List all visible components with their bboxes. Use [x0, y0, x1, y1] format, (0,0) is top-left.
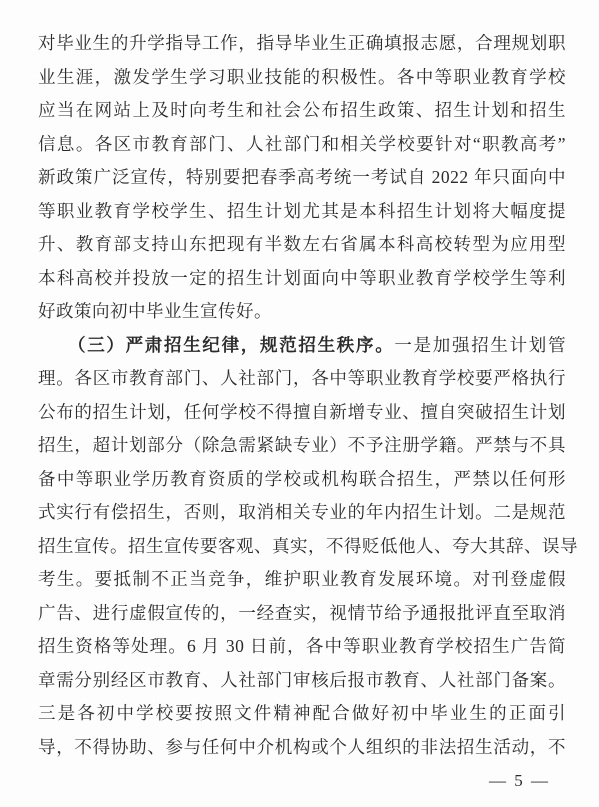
text-line: 备中等职业学历教育资质的学校或机构联合招生，严禁以任何形 — [38, 463, 566, 497]
line-text: 招生资格等处理。6 月 30 日前，各中等职业教育学校招生广告简 — [38, 636, 566, 656]
line-text: 三是各初中学校要按照文件精神配合做好初中毕业生的正面引 — [38, 703, 566, 723]
line-text: 信息。各区市教育部门、人社部门和相关学校要针对“职教高考” — [38, 134, 566, 154]
line-text: 考生。要抵制不正当竞争，维护职业教育发展环境。对刊登虚假 — [38, 569, 566, 589]
text-line-section-heading: （三）严肃招生纪律，规范招生秩序。一是加强招生计划管 — [38, 329, 566, 363]
text-line: 章需分别经区市教育、人社部门审核后报市教育、人社部门备案。 — [38, 664, 566, 698]
line-text: 升、教育部支持山东把现有半数左右省属本科高校转型为应用型 — [38, 234, 566, 254]
text-line: 广告、进行虚假宣传的，一经查实，视情节给予通报批评直至取消 — [38, 597, 566, 631]
document-body: 对毕业生的升学指导工作，指导毕业生正确填报志愿，合理规划职 业生涯，激发学生学习… — [38, 27, 566, 764]
text-line-paragraph-end: 好政策向初中毕业生宣传好。 — [38, 295, 566, 329]
line-text: 公布的招生计划，任何学校不得擅自新增专业、擅自突破招生计划 — [38, 402, 566, 422]
line-text: 式实行有偿招生，否则，取消相关专业的年内招生计划。二是规范 — [38, 502, 566, 522]
line-text: 导，不得协助、参与任何中介机构或个人组织的非法招生活动，不 — [38, 737, 566, 757]
line-text: 章需分别经区市教育、人社部门审核后报市教育、人社部门备案。 — [38, 670, 566, 690]
text-line: 理。各区市教育部门、人社部门，各中等职业教育学校要严格执行 — [38, 362, 566, 396]
line-text: 好政策向初中毕业生宣传好。 — [38, 301, 272, 321]
line-text: 业生涯，激发学生学习职业技能的积极性。各中等职业教育学校 — [38, 67, 566, 87]
line-text: 招生，超计划部分（除急需紧缺专业）不予注册学籍。严禁与不具 — [38, 435, 566, 455]
line-text: 一是加强招生计划管 — [394, 335, 566, 355]
line-text: 广告、进行虚假宣传的，一经查实，视情节给予通报批评直至取消 — [38, 603, 566, 623]
text-line: 等职业教育学校学生、招生计划尤其是本科招生计划将大幅度提 — [38, 195, 566, 229]
line-text: 应当在网站上及时向考生和社会公布招生政策、招生计划和招生 — [38, 100, 566, 120]
line-text: 招生宣传。招生宣传要客观、真实，不得贬低他人、夸大其辞、误导 — [38, 536, 578, 556]
text-line: 导，不得协助、参与任何中介机构或个人组织的非法招生活动，不 — [38, 731, 566, 765]
line-text: 理。各区市教育部门、人社部门，各中等职业教育学校要严格执行 — [38, 368, 566, 388]
line-text: 本科高校并投放一定的招生计划面向中等职业教育学校学生等利 — [38, 268, 566, 288]
line-text: 等职业教育学校学生、招生计划尤其是本科招生计划将大幅度提 — [38, 201, 566, 221]
line-text: 对毕业生的升学指导工作，指导毕业生正确填报志愿，合理规划职 — [38, 33, 566, 53]
line-text: 备中等职业学历教育资质的学校或机构联合招生，严禁以任何形 — [38, 469, 566, 489]
text-line: 招生宣传。招生宣传要客观、真实，不得贬低他人、夸大其辞、误导 — [38, 530, 566, 564]
text-line: 考生。要抵制不正当竞争，维护职业教育发展环境。对刊登虚假 — [38, 563, 566, 597]
text-line: 招生，超计划部分（除急需紧缺专业）不予注册学籍。严禁与不具 — [38, 429, 566, 463]
text-line: 招生资格等处理。6 月 30 日前，各中等职业教育学校招生广告简 — [38, 630, 566, 664]
text-line: 本科高校并投放一定的招生计划面向中等职业教育学校学生等利 — [38, 262, 566, 296]
text-line: 三是各初中学校要按照文件精神配合做好初中毕业生的正面引 — [38, 697, 566, 731]
text-line: 对毕业生的升学指导工作，指导毕业生正确填报志愿，合理规划职 — [38, 27, 566, 61]
text-line: 新政策广泛宣传，特别要把春季高考统一考试自 2022 年只面向中 — [38, 161, 566, 195]
line-text: 新政策广泛宣传，特别要把春季高考统一考试自 2022 年只面向中 — [38, 167, 566, 187]
section-heading-text: （三）严肃招生纪律，规范招生秩序。 — [68, 335, 394, 355]
text-line: 公布的招生计划，任何学校不得擅自新增专业、擅自突破招生计划 — [38, 396, 566, 430]
text-line: 信息。各区市教育部门、人社部门和相关学校要针对“职教高考” — [38, 128, 566, 162]
text-line: 式实行有偿招生，否则，取消相关专业的年内招生计划。二是规范 — [38, 496, 566, 530]
text-line: 业生涯，激发学生学习职业技能的积极性。各中等职业教育学校 — [38, 61, 566, 95]
text-line: 升、教育部支持山东把现有半数左右省属本科高校转型为应用型 — [38, 228, 566, 262]
document-page: 对毕业生的升学指导工作，指导毕业生正确填报志愿，合理规划职 业生涯，激发学生学习… — [0, 0, 599, 807]
page-number: — 5 — — [489, 771, 550, 791]
text-line: 应当在网站上及时向考生和社会公布招生政策、招生计划和招生 — [38, 94, 566, 128]
